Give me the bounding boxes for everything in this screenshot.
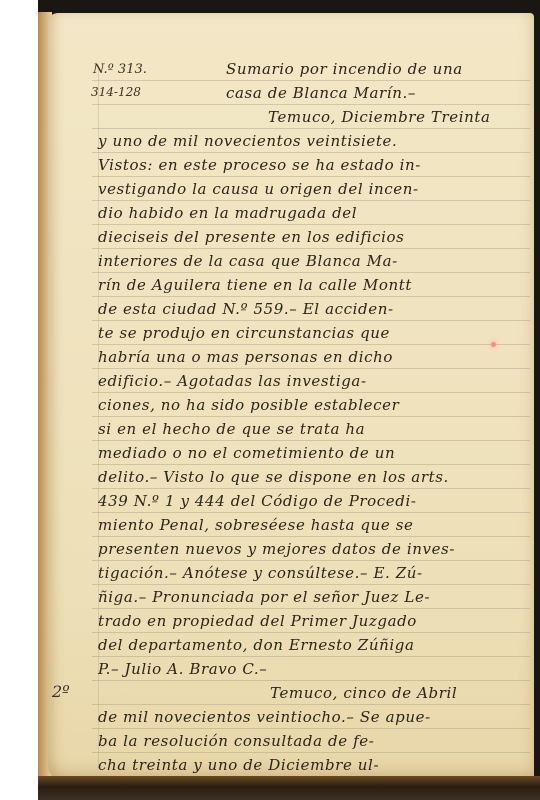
text-line: presenten nuevos y mejores datos de inve… <box>98 540 455 558</box>
text-line: vestigando la causa u origen del incen- <box>98 180 419 198</box>
ruled-line <box>92 128 530 129</box>
ruled-line <box>92 704 530 705</box>
text-line: trado en propiedad del Primer Juzgado <box>98 612 417 630</box>
text-line: miento Penal, sobreséese hasta que se <box>98 516 414 534</box>
ruled-line <box>92 80 530 81</box>
ruled-line <box>92 440 530 441</box>
text-line: ba la resolución consultada de fe- <box>98 732 374 750</box>
ruled-line <box>92 392 530 393</box>
ruled-line <box>92 320 530 321</box>
ruled-line <box>92 464 530 465</box>
ruled-line <box>92 416 530 417</box>
ruled-line <box>92 512 530 513</box>
ruled-line <box>92 752 530 753</box>
text-line: dieciseis del presente en los edificios <box>98 228 404 246</box>
ruled-line <box>92 560 530 561</box>
text-line: habría una o mas personas en dicho <box>98 348 393 366</box>
entry-number: N.º 313. <box>93 62 147 77</box>
text-line: dio habido en la madrugada del <box>98 204 357 222</box>
second-entry-marker: 2º <box>52 682 70 701</box>
ruled-line <box>92 584 530 585</box>
ruled-line <box>92 680 530 681</box>
text-line: de esta ciudad N.º 559.– El acciden- <box>98 300 394 318</box>
ruled-line <box>92 368 530 369</box>
ruled-line <box>92 656 530 657</box>
text-line: del departamento, don Ernesto Zúñiga <box>98 636 415 654</box>
ruled-line <box>92 272 530 273</box>
ruled-line <box>92 488 530 489</box>
text-line: ñiga.– Pronunciada por el señor Juez Le- <box>98 588 430 606</box>
text-line: Sumario por incendio de una <box>226 60 463 78</box>
text-line: Temuco, Diciembre Treinta <box>268 108 491 126</box>
ruled-line <box>92 728 530 729</box>
text-line: ciones, no ha sido posible establecer <box>98 396 399 414</box>
ruled-line <box>92 104 530 105</box>
reflection-dot <box>491 342 496 347</box>
ledger-page: N.º 313. 314-128 2º Sumario por incendio… <box>48 13 534 783</box>
text-line: te se produjo en circunstancias que <box>98 324 390 342</box>
text-line: 439 N.º 1 y 444 del Código de Procedi- <box>98 492 417 510</box>
ruled-line <box>92 296 530 297</box>
text-line: si en el hecho de que se trata ha <box>98 420 365 438</box>
ruled-line <box>92 536 530 537</box>
ruled-line <box>92 248 530 249</box>
ruled-line <box>92 344 530 345</box>
text-line: tigación.– Anótese y consúltese.– E. Zú- <box>98 564 423 582</box>
ruled-line <box>92 176 530 177</box>
text-line: casa de Blanca Marín.– <box>226 84 416 102</box>
text-line: cha treinta y uno de Diciembre ul- <box>98 756 379 774</box>
text-line: mediado o no el cometimiento de un <box>98 444 395 462</box>
document-photo: N.º 313. 314-128 2º Sumario por incendio… <box>38 0 540 800</box>
text-line: Vistos: en este proceso se ha estado in- <box>98 156 421 174</box>
ruled-line <box>92 632 530 633</box>
text-line: P.– Julio A. Bravo C.– <box>98 660 267 678</box>
book-bottom-edge <box>38 776 540 800</box>
text-line: interiores de la casa que Blanca Ma- <box>98 252 398 270</box>
ruled-line <box>92 200 530 201</box>
text-line: delito.– Visto lo que se dispone en los … <box>98 468 449 486</box>
text-line: rín de Aguilera tiene en la calle Montt <box>98 276 412 294</box>
ruled-line <box>92 152 530 153</box>
ruled-line <box>92 608 530 609</box>
text-line: Temuco, cinco de Abril <box>270 684 457 702</box>
text-line: y uno de mil novecientos veintisiete. <box>98 132 397 150</box>
text-line: edificio.– Agotadas las investiga- <box>98 372 367 390</box>
reference-number: 314-128 <box>91 85 141 99</box>
text-line: de mil novecientos veintiocho.– Se apue- <box>98 708 431 726</box>
ruled-line <box>92 224 530 225</box>
